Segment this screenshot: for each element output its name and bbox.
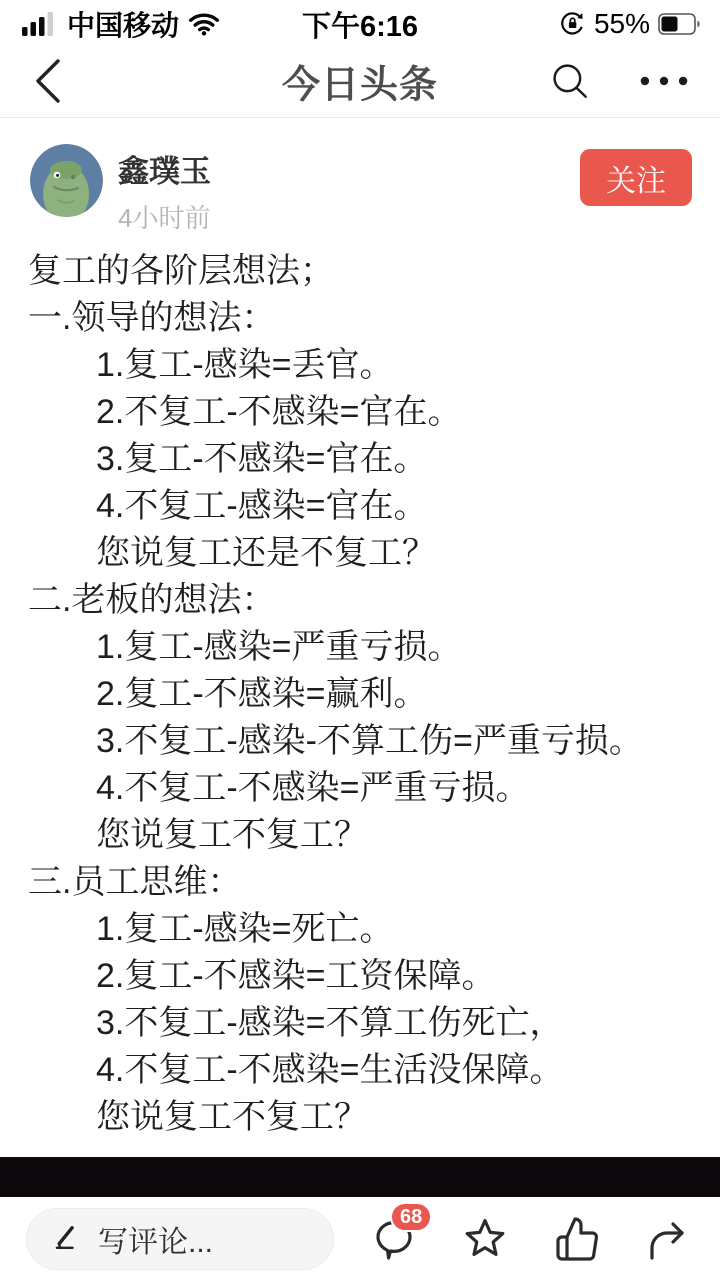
post-body-line: 3.不复工-感染-不算工伤=严重亏损。: [28, 718, 694, 765]
follow-button[interactable]: 关注: [580, 149, 692, 206]
post-body-line: 您说复工还是不复工？: [28, 530, 694, 577]
comments-button[interactable]: 68: [370, 1215, 418, 1263]
nav-bar: 今日头条: [0, 44, 720, 118]
compose-icon: [51, 1223, 83, 1255]
thumbs-up-icon: [553, 1215, 601, 1263]
post-body-line: 2.复工-不感染=工资保障。: [28, 953, 694, 1000]
post-body-line: 1.复工-感染=死亡。: [28, 906, 694, 953]
page-title: 今日头条: [282, 53, 438, 108]
post-body: 复工的各阶层想法； 一.领导的想法： 1.复工-感染=丢官。 2.不复工-不感染…: [0, 235, 720, 1141]
bottom-toolbar: 写评论... 68: [0, 1197, 720, 1280]
more-icon: [637, 60, 691, 102]
search-button[interactable]: [546, 57, 594, 105]
comment-placeholder: 写评论...: [98, 1217, 213, 1261]
comment-count-badge: 68: [390, 1202, 432, 1232]
like-button[interactable]: [553, 1215, 601, 1263]
post-body-line: 二.老板的想法：: [28, 577, 694, 624]
avatar[interactable]: [30, 144, 103, 217]
author-name[interactable]: 鑫璞玉: [118, 146, 211, 191]
post-body-line: 2.不复工-不感染=官在。: [28, 389, 694, 436]
post-body-line: 2.复工-不感染=赢利。: [28, 671, 694, 718]
signal-icon: [22, 12, 58, 36]
post-body-line: 4.不复工-不感染=严重亏损。: [28, 765, 694, 812]
search-icon: [549, 60, 591, 102]
post-body-line: 一.领导的想法：: [28, 295, 694, 342]
carrier-label: 中国移动: [67, 4, 179, 44]
wifi-icon: [188, 12, 220, 36]
star-icon: [461, 1215, 509, 1263]
post-body-line: 4.不复工-感染=官在。: [28, 483, 694, 530]
post-body-line: 复工的各阶层想法；: [28, 248, 694, 295]
media-strip: [0, 1157, 720, 1197]
comment-input[interactable]: 写评论...: [26, 1208, 334, 1270]
rotation-lock-icon: [558, 10, 586, 38]
back-button[interactable]: [26, 57, 74, 105]
post-body-line: 您说复工不复工？: [28, 812, 694, 859]
favorite-button[interactable]: [461, 1215, 509, 1263]
post-body-line: 您说复工不复工？: [28, 1094, 694, 1141]
battery-icon: [658, 13, 702, 35]
share-button[interactable]: [644, 1215, 692, 1263]
back-icon: [30, 57, 70, 105]
more-button[interactable]: [636, 57, 692, 105]
status-bar: 中国移动 下午6:16 55%: [0, 0, 720, 44]
post-body-line: 1.复工-感染=严重亏损。: [28, 624, 694, 671]
post-header: 鑫璞玉 4小时前 关注: [0, 118, 720, 235]
post-body-line: 1.复工-感染=丢官。: [28, 342, 694, 389]
share-icon: [644, 1215, 692, 1263]
post-body-line: 3.不复工-感染=不算工伤死亡，: [28, 1000, 694, 1047]
post-body-line: 3.复工-不感染=官在。: [28, 436, 694, 483]
battery-percent: 55%: [594, 8, 650, 40]
status-time: 下午6:16: [302, 4, 418, 45]
post-body-line: 4.不复工-不感染=生活没保障。: [28, 1047, 694, 1094]
post-body-line: 三.员工思维：: [28, 859, 694, 906]
phone-screen: 中国移动 下午6:16 55%: [0, 0, 720, 1280]
post-timestamp: 4小时前: [118, 198, 211, 235]
